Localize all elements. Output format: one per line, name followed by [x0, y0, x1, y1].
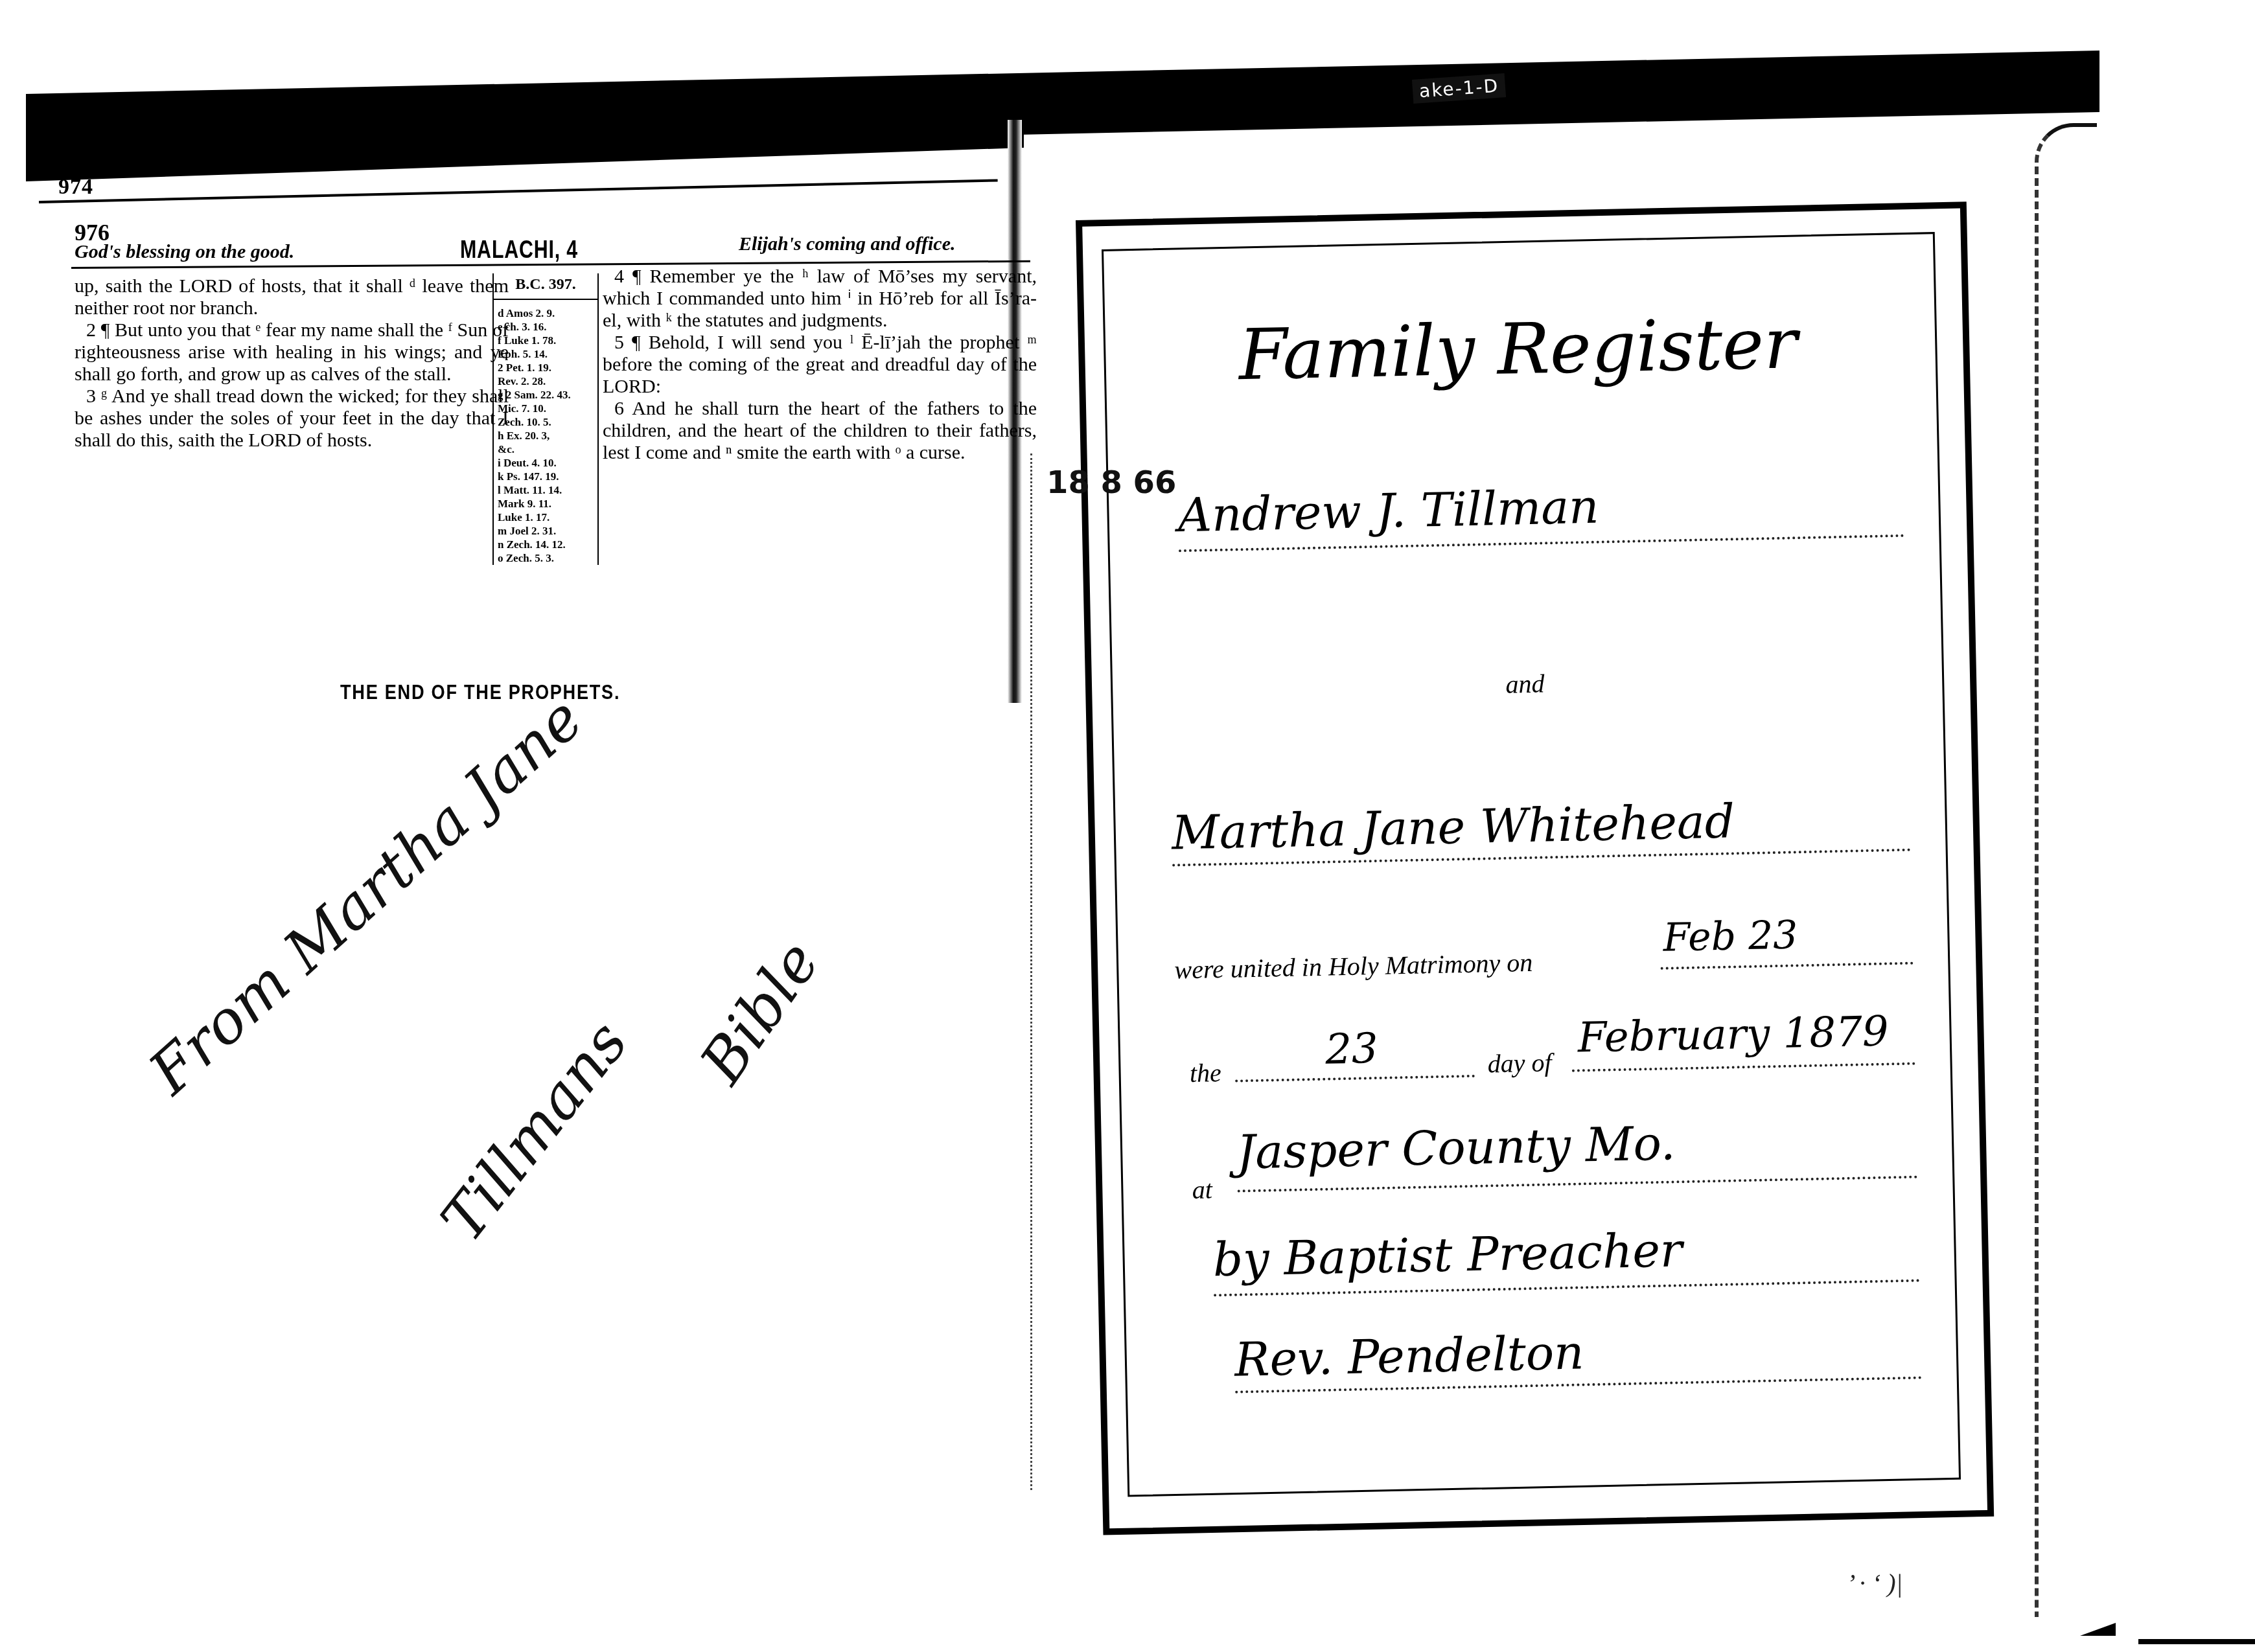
day-field: 23 [1324, 1025, 1378, 1074]
ref-item: d Amos 2. 9. [498, 306, 595, 320]
month-year-field: February 1879 [1577, 1007, 1889, 1062]
place-field: Jasper County Mo. [1236, 1116, 1676, 1179]
running-header-left: God's blessing on the good. [75, 241, 294, 263]
ref-item: h Ex. 20. 3, [498, 429, 595, 442]
scan-shadow-band-top [26, 51, 2099, 155]
family-register-form: Family Register Andrew J. Tillman and Ma… [1121, 255, 1937, 1476]
ref-item: &c. [498, 442, 595, 456]
verse-6: 6 And he shall turn the heart of the fat… [603, 398, 1037, 464]
day-of-label: day of [1487, 1047, 1552, 1079]
officiant-name-field: Rev. Pendelton [1234, 1325, 1584, 1386]
scan-corner-shadow [2080, 1623, 2116, 1636]
ref-item: g 2 Sam. 22. 43. [498, 388, 595, 402]
handwritten-inscription-line2: Tillmans [428, 1008, 641, 1254]
the-label: the [1189, 1057, 1221, 1088]
verse-column-right: 4 ¶ Remember ye the ʰ law of Mō’ses my s… [603, 266, 1037, 464]
ref-item: e ch. 3. 16. [498, 320, 595, 334]
left-page-malachi: 974 976 God's blessing on the good. MALA… [39, 162, 1017, 1620]
and-label: and [1129, 660, 1921, 707]
ref-item: Mic. 7. 10. [498, 402, 595, 415]
place-line [1238, 1176, 1918, 1193]
ref-item: k Ps. 147. 19. [498, 470, 595, 483]
running-header-right: Elijah's coming and office. [739, 233, 955, 255]
reference-list: d Amos 2. 9. e ch. 3. 16. f Luke 1. 78. … [494, 300, 597, 565]
month-year-line [1572, 1062, 1915, 1072]
verse-4: 4 ¶ Remember ye the ʰ law of Mō’ses my s… [603, 266, 1037, 332]
united-label: were united in Holy Matrimony on [1174, 947, 1533, 985]
ref-item: n Zech. 14. 12. [498, 538, 595, 551]
running-header-book: MALACHI, 4 [460, 236, 578, 264]
united-date-field: Feb 23 [1663, 912, 1798, 960]
verse-2: 2 ¶ But unto you that ᵉ fear my name sha… [75, 319, 509, 385]
ref-item: Luke 1. 17. [498, 511, 595, 524]
ref-item: Mark 9. 11. [498, 497, 595, 511]
bride-name-field: Martha Jane Whitehead [1171, 794, 1735, 860]
officiated-by-field: by Baptist Preacher [1212, 1222, 1683, 1287]
verse-column-left: up, saith the LORD of hosts, that it sha… [75, 275, 509, 452]
ref-item: Zech. 10. 5. [498, 415, 595, 429]
ref-item: Rev. 2. 28. [498, 374, 595, 388]
book-gutter-lower [1030, 453, 1037, 1490]
scan-specks: ’ · ‘ )| [1847, 1568, 1903, 1598]
ref-item: i Deut. 4. 10. [498, 456, 595, 470]
page-number-top: 974 [58, 175, 93, 200]
day-line [1235, 1075, 1475, 1083]
end-of-prophets-note: THE END OF THE PROPHETS. [340, 680, 620, 704]
margin-references: B.C. 397. d Amos 2. 9. e ch. 3. 16. f Lu… [492, 273, 599, 565]
at-label: at [1192, 1174, 1212, 1205]
groom-name-field: Andrew J. Tillman [1177, 479, 1599, 543]
ref-item: l Matt. 11. 14. [498, 483, 595, 497]
verse-5: 5 ¶ Behold, I will send you ˡ Ē-lī’jah t… [603, 332, 1037, 398]
united-date-line [1661, 962, 1914, 970]
handwritten-inscription-line3: Bible [687, 929, 833, 1096]
ref-item: m Joel 2. 31. [498, 524, 595, 538]
top-rule [39, 179, 998, 203]
register-title: Family Register [1122, 301, 1914, 398]
page-edge-curl [2035, 123, 2097, 1617]
verse-3: 3 ᵍ And ye shall tread down the wicked; … [75, 385, 509, 452]
era-date: B.C. 397. [494, 273, 597, 300]
ref-item: f Luke 1. 78. [498, 334, 595, 347]
verse-1-end: up, saith the LORD of hosts, that it sha… [75, 275, 509, 319]
ref-item: Eph. 5. 14. [498, 347, 595, 361]
scan-edge-bar [2138, 1639, 2255, 1644]
ref-item: 2 Pet. 1. 19. [498, 361, 595, 374]
ref-item: o Zech. 5. 3. [498, 551, 595, 565]
handwritten-inscription-line1: From Martha Jane [136, 684, 596, 1108]
